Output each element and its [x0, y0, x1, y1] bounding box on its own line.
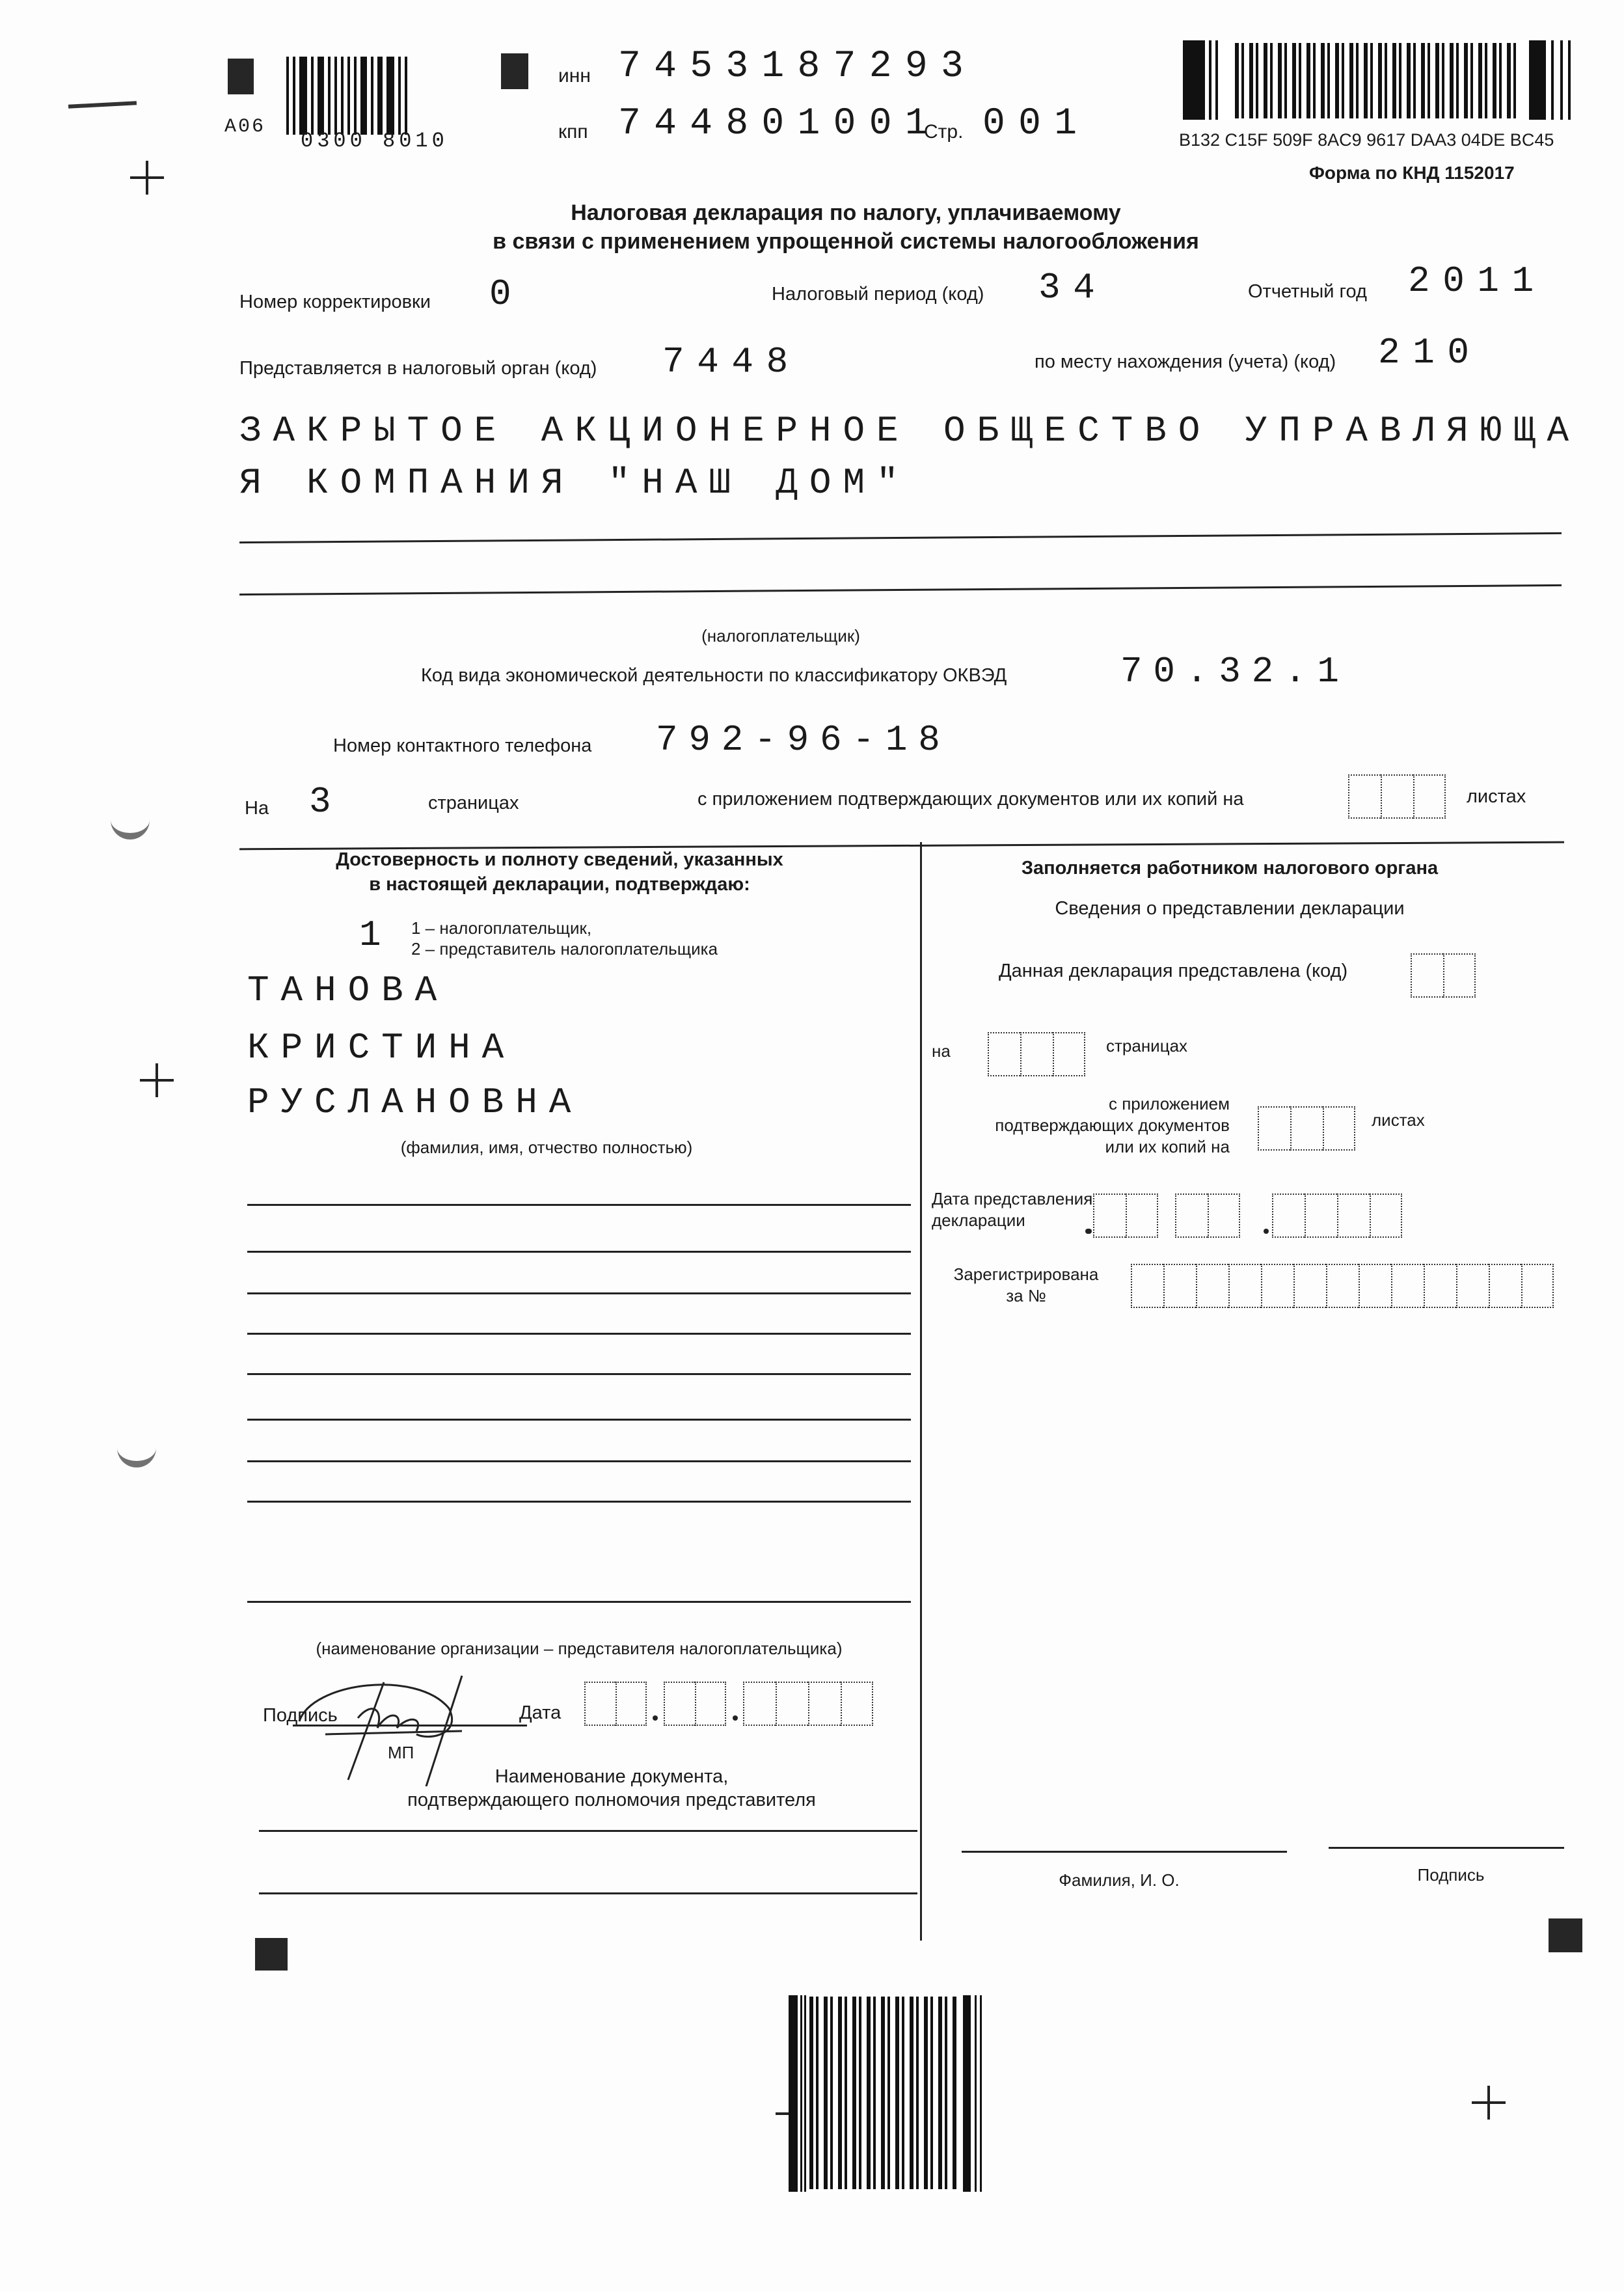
authority-doc-line: [259, 1892, 917, 1894]
barcode-digits: 0300 8010: [301, 129, 448, 153]
pages-suffix: страницах: [428, 793, 519, 814]
sign-date-month-cells[interactable]: [664, 1682, 726, 1726]
taxpayer-name[interactable]: ЗАКРЫТОЕ АКЦИОНЕРНОЕ ОБЩЕСТВО УПРАВЛЯЮЩА…: [239, 405, 1593, 509]
pages-prefix: На: [245, 798, 269, 819]
year-label: Отчетный год: [1248, 281, 1367, 303]
taxpayer-line: [239, 584, 1562, 595]
submission-date-year-cells[interactable]: [1272, 1194, 1402, 1238]
bottom-2d-barcode: [789, 1995, 985, 2192]
document-title: Налоговая декларация по налогу, уплачива…: [390, 198, 1301, 256]
registration-cross-icon: [130, 161, 164, 195]
signer-option-1: 1 – налогоплательщик,: [411, 918, 718, 938]
column-divider: [920, 842, 922, 1941]
attach-label: с приложением подтверждающих документов …: [697, 789, 1244, 810]
page-label: Стр.: [924, 121, 963, 143]
officer-signature-line: [1329, 1847, 1564, 1849]
signer-option-2: 2 – представитель налогоплательщика: [411, 938, 718, 959]
correction-label: Номер корректировки: [239, 292, 431, 313]
confirm-heading-line-1: Достоверность и полноту сведений, указан…: [260, 847, 859, 872]
org-line: [247, 1204, 911, 1206]
org-line: [247, 1292, 911, 1294]
registration-cross-icon: [1472, 2086, 1506, 2120]
officer-pages-suffix: страницах: [1106, 1036, 1187, 1056]
year-value[interactable]: 2011: [1408, 260, 1547, 302]
hash-code: B132 C15F 509F 8AC9 9617 DAA3 04DE BC45: [1179, 130, 1554, 150]
submitted-code-label: Данная декларация представлена (код): [999, 961, 1347, 982]
org-line: [247, 1373, 911, 1375]
org-line: [247, 1460, 911, 1462]
authority-doc-caption-line-2: подтверждающего полномочия представителя: [364, 1788, 859, 1812]
sign-date-year-cells[interactable]: [743, 1682, 873, 1726]
org-line: [247, 1333, 911, 1335]
okved-label: Код вида экономической деятельности по к…: [421, 665, 1007, 687]
correction-value[interactable]: 0: [489, 273, 524, 315]
date-separator: [653, 1715, 658, 1721]
authority-doc-caption: Наименование документа, подтверждающего …: [364, 1765, 859, 1812]
attach-sheets-cells[interactable]: [1348, 774, 1446, 819]
date-separator: [1087, 1229, 1092, 1234]
header-2d-barcode: [1183, 40, 1573, 120]
okved-value[interactable]: 70.32.1: [1120, 651, 1350, 692]
authority-doc-caption-line-1: Наименование документа,: [364, 1765, 859, 1788]
signature-line: [293, 1725, 527, 1726]
pages-value[interactable]: 3: [309, 781, 344, 823]
corner-marker: [1549, 1918, 1582, 1952]
fio-caption: (фамилия, имя, отчество полностью): [351, 1138, 742, 1158]
punch-hole-mark: [111, 807, 150, 839]
date-separator: [733, 1715, 738, 1721]
corner-code: A06: [224, 116, 265, 138]
signer-options: 1 – налогоплательщик, 2 – представитель …: [411, 918, 718, 959]
signer-patronymic[interactable]: РУСЛАНОВНА: [247, 1082, 582, 1123]
confirm-heading-line-2: в настоящей декларации, подтверждаю:: [260, 872, 859, 897]
signer-code[interactable]: 1: [359, 914, 394, 956]
submitted-code-cells[interactable]: [1411, 953, 1476, 998]
authority-label: Представляется в налоговый орган (код): [239, 358, 597, 379]
officer-attach-cells[interactable]: [1258, 1106, 1355, 1151]
form-code: Форма по КНД 1152017: [1309, 163, 1515, 184]
confirm-heading: Достоверность и полноту сведений, указан…: [260, 847, 859, 897]
corner-marker: [501, 53, 528, 89]
officer-pages-prefix: на: [932, 1041, 951, 1061]
title-line-1: Налоговая декларация по налогу, уплачива…: [390, 198, 1301, 227]
taxpayer-line: [239, 532, 1562, 543]
date-separator: [1264, 1229, 1269, 1234]
registration-number-cells[interactable]: [1131, 1264, 1554, 1308]
location-value[interactable]: 210: [1378, 332, 1482, 374]
authority-doc-line: [259, 1830, 917, 1832]
taxpayer-caption: (налогоплательщик): [651, 626, 911, 646]
org-line: [247, 1501, 911, 1503]
attach-suffix: листах: [1467, 786, 1526, 808]
signer-first-name[interactable]: КРИСТИНА: [247, 1027, 515, 1069]
taxpayer-name-line-2: Я КОМПАНИЯ "НАШ ДОМ": [239, 457, 1593, 509]
page-value: 001: [982, 103, 1090, 145]
org-line: [247, 1601, 911, 1603]
sign-date-day-cells[interactable]: [584, 1682, 647, 1726]
officer-pages-cells[interactable]: [988, 1032, 1085, 1076]
title-line-2: в связи с применением упрощенной системы…: [390, 227, 1301, 256]
authority-value[interactable]: 7448: [662, 341, 801, 383]
submission-date-month-cells[interactable]: [1093, 1194, 1158, 1238]
inn-value: 7453187293: [618, 46, 977, 88]
date-label: Дата: [519, 1702, 561, 1724]
registration-label: Зарегистрирована за №: [932, 1264, 1120, 1307]
kpp-label: КПП: [558, 121, 588, 143]
stamp-label: МП: [388, 1743, 414, 1763]
phone-value[interactable]: 792-96-18: [656, 719, 951, 761]
kpp-value: 744801001: [618, 103, 941, 145]
corner-marker: [228, 59, 254, 94]
phone-label: Номер контактного телефона: [333, 735, 591, 757]
submission-date-label: Дата представления декларации: [932, 1188, 1092, 1231]
taxpayer-name-line-1: ЗАКРЫТОЕ АКЦИОНЕРНОЕ ОБЩЕСТВО УПРАВЛЯЮЩА: [239, 405, 1593, 457]
officer-attach-suffix: листах: [1372, 1110, 1425, 1130]
tax-officer-heading: Заполняется работником налогового органа: [937, 858, 1522, 879]
signer-surname[interactable]: ТАНОВА: [247, 970, 448, 1011]
inn-label: ИНН: [558, 65, 591, 87]
officer-signature-caption: Подпись: [1353, 1865, 1549, 1885]
org-line: [247, 1419, 911, 1421]
org-line: [247, 1251, 911, 1253]
officer-name-caption: Фамилия, И. О.: [1002, 1870, 1236, 1890]
corner-marker: [255, 1938, 288, 1971]
officer-name-line: [962, 1851, 1287, 1853]
submission-date-day-cells[interactable]: [1175, 1194, 1240, 1238]
period-label: Налоговый период (код): [772, 284, 984, 305]
submission-subheading: Сведения о представлении декларации: [937, 898, 1522, 920]
period-value[interactable]: 34: [1038, 267, 1107, 308]
officer-attach-label: с приложением подтверждающих документов …: [924, 1093, 1230, 1158]
location-label: по месту нахождения (учета) (код): [1035, 351, 1336, 373]
margin-pen-mark: [68, 101, 137, 108]
punch-hole-mark: [117, 1435, 156, 1467]
registration-cross-icon: [140, 1063, 174, 1097]
linear-barcode: [286, 57, 411, 135]
